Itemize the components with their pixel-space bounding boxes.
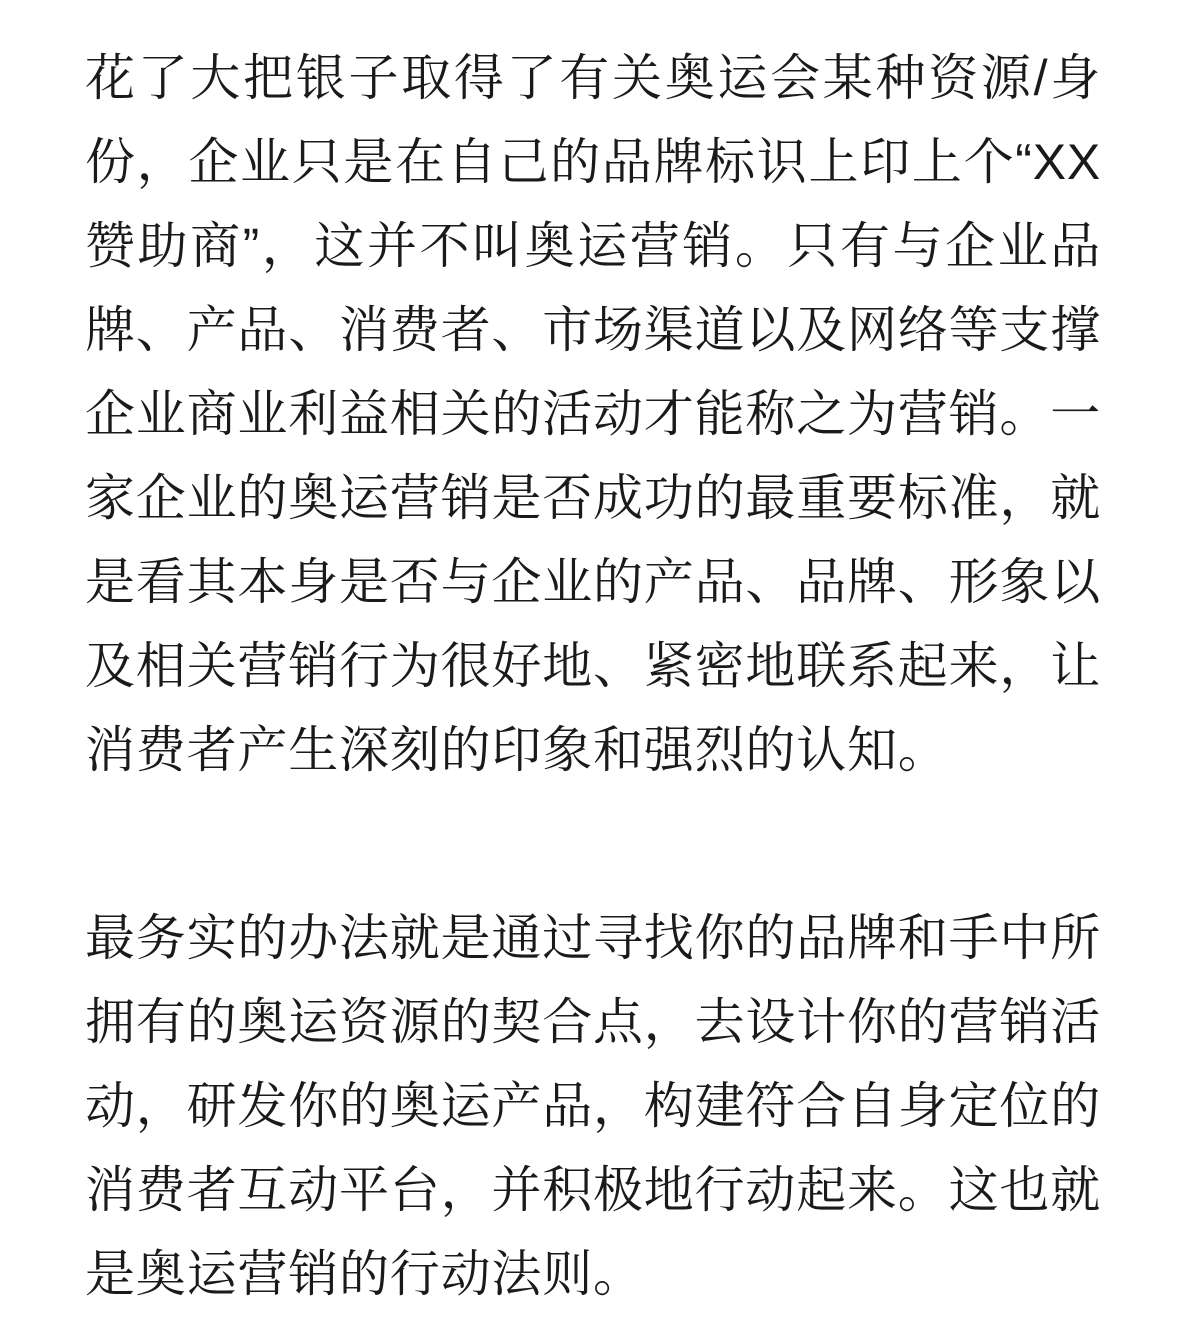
article-body: 花了大把银子取得了有关奥运会某种资源/身份，企业只是在自己的品牌标识上印上个“X…: [0, 0, 1179, 1316]
paragraph-olympic-marketing-action-rule: 最务实的办法就是通过寻找你的品牌和手中所拥有的奥运资源的契合点，去设计你的营销活…: [85, 896, 1101, 1316]
paragraph-olympic-marketing-definition: 花了大把银子取得了有关奥运会某种资源/身份，企业只是在自己的品牌标识上印上个“X…: [85, 36, 1101, 792]
